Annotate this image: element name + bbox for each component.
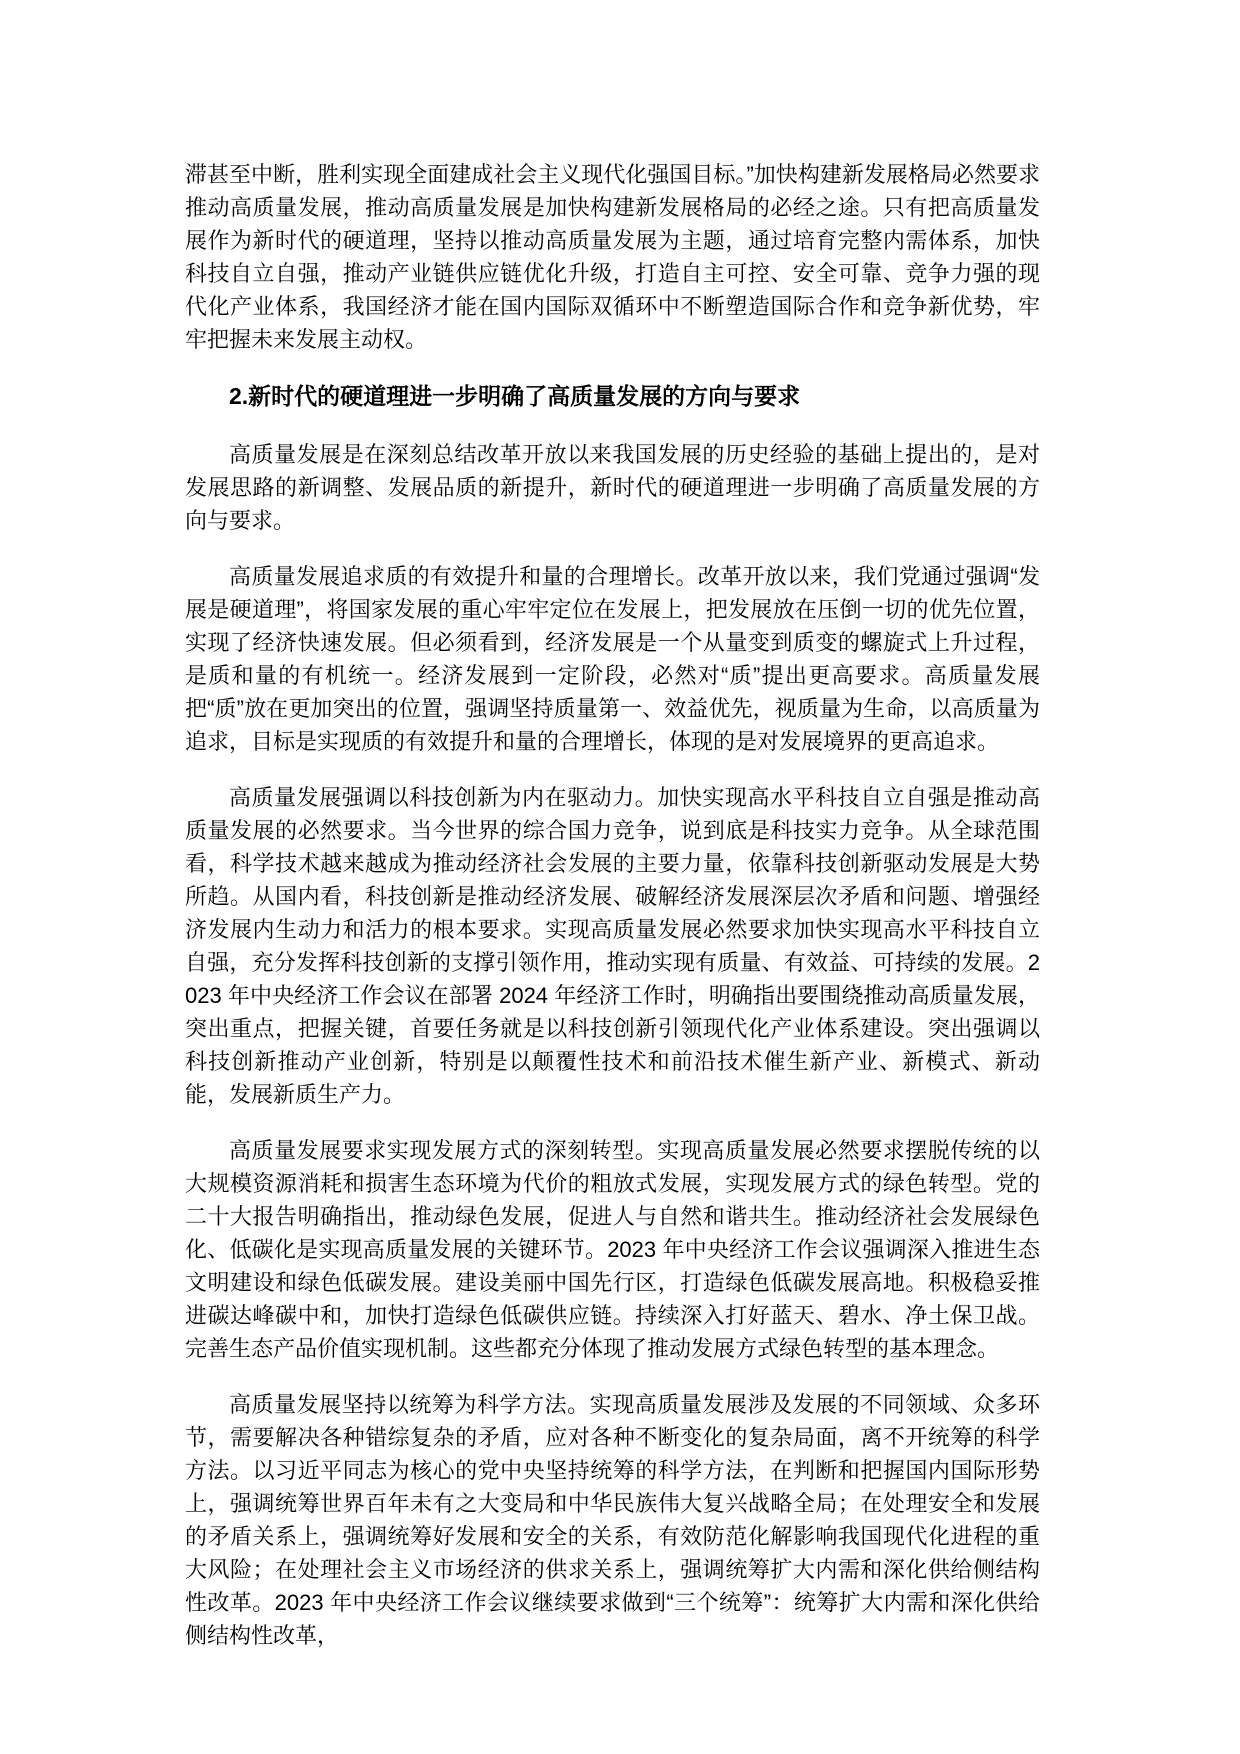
paragraph-overview: 高质量发展是在深刻总结改革开放以来我国发展的历史经验的基础上提出的，是对发展思路… (185, 438, 1040, 537)
document-body: 滞甚至中断，胜利实现全面建成社会主义现代化强国目标。”加快构建新发展格局必然要求… (185, 158, 1040, 1675)
paragraph-coordination-method: 高质量发展坚持以统筹为科学方法。实现高质量发展涉及发展的不同领域、众多环节，需要… (185, 1388, 1040, 1652)
paragraph-quality-and-quantity: 高质量发展追求质的有效提升和量的合理增长。改革开放以来，我们党通过强调“发展是硬… (185, 560, 1040, 758)
paragraph-sci-tech-innovation: 高质量发展强调以科技创新为内在驱动力。加快实现高水平科技自立自强是推动高质量发展… (185, 781, 1040, 1111)
paragraph-green-transition: 高质量发展要求实现发展方式的深刻转型。实现高质量发展必然要求摆脱传统的以大规模资… (185, 1134, 1040, 1365)
continued-paragraph: 滞甚至中断，胜利实现全面建成社会主义现代化强国目标。”加快构建新发展格局必然要求… (185, 158, 1040, 356)
section-heading: 2.新时代的硬道理进一步明确了高质量发展的方向与要求 (185, 379, 1040, 413)
document-page: 滞甚至中断，胜利实现全面建成社会主义现代化强国目标。”加快构建新发展格局必然要求… (0, 0, 1240, 1754)
